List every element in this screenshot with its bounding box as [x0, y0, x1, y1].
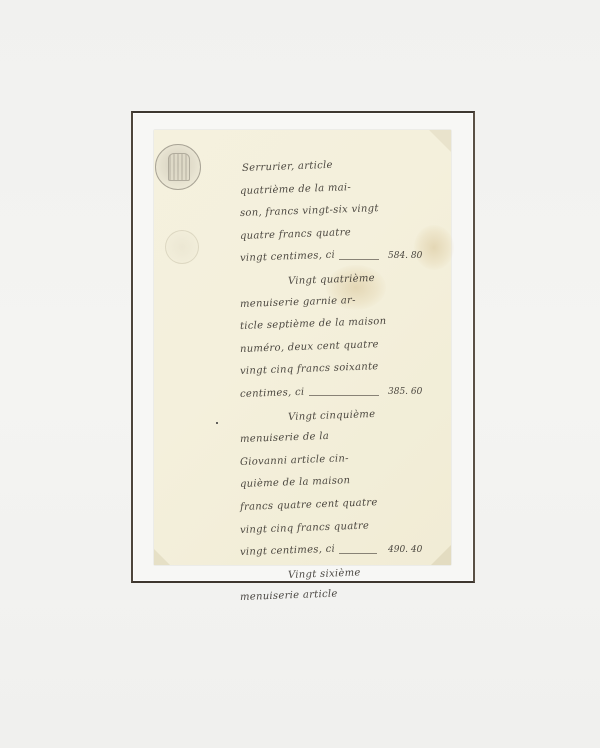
text-line: vingt centimes, ci — [240, 544, 335, 558]
document-page: Serrurier, article quatrième de la mai- … — [154, 130, 451, 565]
ink-dot — [216, 422, 218, 424]
mat-board: Serrurier, article quatrième de la mai- … — [0, 0, 600, 748]
text-line: Vingt cinquième — [288, 409, 376, 423]
handwritten-text: Serrurier, article quatrième de la mai- … — [154, 130, 451, 565]
text-line: quatrième de la mai- — [240, 182, 351, 197]
text-line: Giovanni article cin- — [240, 453, 349, 468]
text-line: vingt cinq francs soixante — [240, 362, 379, 378]
text-line: Serrurier, article — [242, 160, 333, 174]
text-line: son, francs vingt-six vingt — [240, 203, 379, 219]
leader-dash — [309, 395, 379, 396]
amount-1: 584. 80 — [388, 251, 422, 261]
text-line: Vingt quatrième — [288, 273, 375, 287]
text-line: ticle septième de la maison — [240, 316, 387, 332]
text-line: menuiserie article — [240, 589, 338, 603]
text-line: centimes, ci — [240, 387, 305, 400]
text-line: quatre francs quatre — [240, 227, 351, 242]
text-line: francs quatre cent quatre — [240, 497, 378, 513]
leader-dash — [339, 553, 377, 554]
text-line: Vingt sixième — [288, 567, 361, 581]
text-line: menuiserie garnie ar- — [240, 295, 356, 310]
text-line: numéro, deux cent quatre — [240, 339, 379, 355]
text-line: quième de la maison — [240, 476, 351, 491]
text-line: vingt cinq francs quatre — [240, 520, 370, 536]
leader-dash — [339, 259, 379, 260]
amount-2: 385. 60 — [388, 387, 422, 397]
text-line: vingt centimes, ci — [240, 250, 335, 264]
text-line: menuiserie de la — [240, 431, 329, 445]
amount-3: 490. 40 — [388, 545, 422, 555]
